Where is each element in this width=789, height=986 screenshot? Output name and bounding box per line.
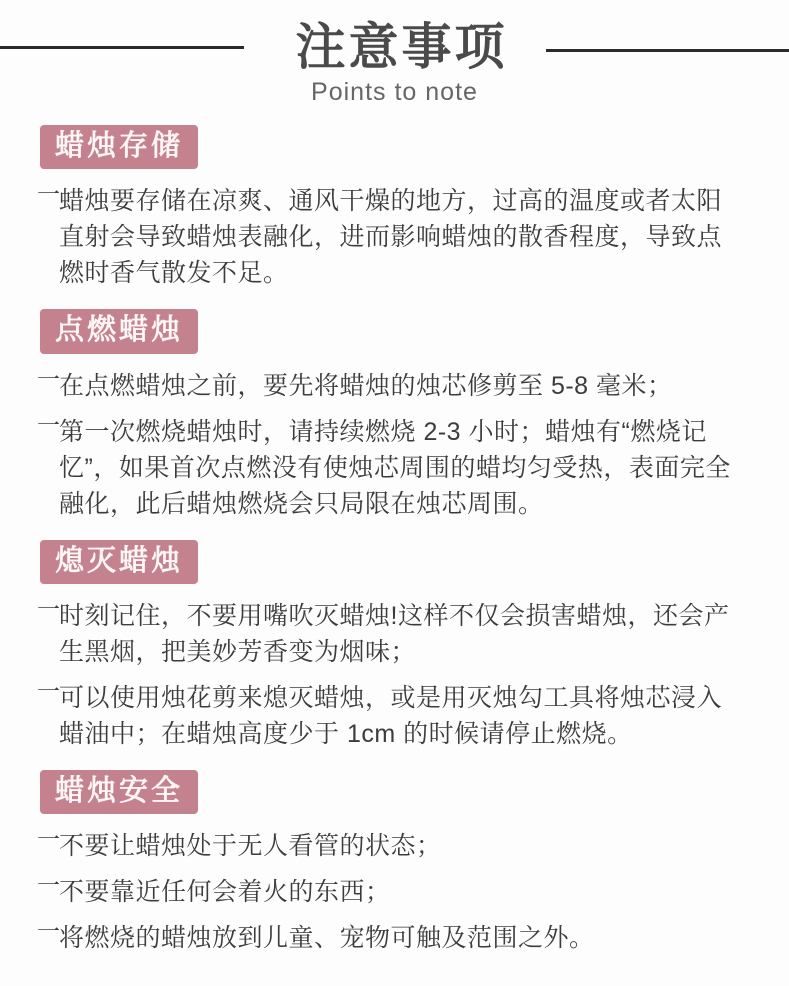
note-text: 在点燃蜡烛之前，要先将蜡烛的烛芯修剪至 5-8 毫米； [59, 372, 673, 400]
dash-bullet-marker: 一 [37, 591, 61, 627]
note-item: 一 不要靠近任何会着火的东西； [40, 874, 747, 910]
note-text: 可以使用烛花剪来熄灭蜡烛，或是用灭烛勾工具将烛芯浸入蜡油中；在蜡烛高度少于 1c… [59, 684, 722, 748]
note-item: 一 时刻记住，不要用嘴吹灭蜡烛!这样不仅会损害蜡烛，还会产生黑烟，把美妙芳香变为… [40, 598, 747, 670]
title-rule-right [546, 49, 789, 52]
dash-bullet-marker: 一 [37, 176, 61, 212]
section-items: 一 时刻记住，不要用嘴吹灭蜡烛!这样不仅会损害蜡烛，还会产生黑烟，把美妙芳香变为… [40, 598, 747, 752]
section-candle-storage: 蜡烛存储 一 蜡烛要存储在凉爽、通风干燥的地方，过高的温度或者太阳直射会导致蜡烛… [40, 125, 747, 291]
section-items: 一 在点燃蜡烛之前，要先将蜡烛的烛芯修剪至 5-8 毫米； 一 第一次燃烧蜡烛时… [40, 368, 747, 522]
section-lighting-candle: 点燃蜡烛 一 在点燃蜡烛之前，要先将蜡烛的烛芯修剪至 5-8 毫米； 一 第一次… [40, 309, 747, 521]
section-badge-candle-storage: 蜡烛存储 [40, 125, 198, 169]
note-text: 时刻记住，不要用嘴吹灭蜡烛!这样不仅会损害蜡烛，还会产生黑烟，把美妙芳香变为烟味… [59, 602, 729, 666]
notice-page: 注意事项 Points to note 蜡烛存储 一 蜡烛要存储在凉爽、通风干燥… [0, 0, 789, 986]
dash-bullet-marker: 一 [37, 407, 61, 443]
note-item: 一 将燃烧的蜡烛放到儿童、宠物可触及范围之外。 [40, 920, 747, 956]
section-items: 一 蜡烛要存储在凉爽、通风干燥的地方，过高的温度或者太阳直射会导致蜡烛表融化，进… [40, 183, 747, 291]
section-items: 一 不要让蜡烛处于无人看管的状态； 一 不要靠近任何会着火的东西； 一 将燃烧的… [40, 828, 747, 956]
section-candle-safety: 蜡烛安全 一 不要让蜡烛处于无人看管的状态； 一 不要靠近任何会着火的东西； 一… [40, 770, 747, 956]
note-text: 不要靠近任何会着火的东西； [59, 878, 391, 906]
dash-bullet-marker: 一 [37, 821, 61, 857]
note-item: 一 可以使用烛花剪来熄灭蜡烛，或是用灭烛勾工具将烛芯浸入蜡油中；在蜡烛高度少于 … [40, 680, 747, 752]
page-title: 注意事项 [296, 20, 508, 75]
section-badge-candle-safety: 蜡烛安全 [40, 770, 198, 814]
note-item: 一 第一次燃烧蜡烛时，请持续燃烧 2-3 小时；蜡烛有“燃烧记忆”，如果首次点燃… [40, 414, 747, 522]
note-text: 不要让蜡烛处于无人看管的状态； [59, 832, 442, 860]
title-row: 注意事项 [0, 20, 789, 75]
page-header: 注意事项 Points to note [0, 0, 789, 107]
section-badge-extinguishing-candle: 熄灭蜡烛 [40, 540, 198, 584]
note-item: 一 在点燃蜡烛之前，要先将蜡烛的烛芯修剪至 5-8 毫米； [40, 368, 747, 404]
dash-bullet-marker: 一 [37, 673, 61, 709]
note-text: 蜡烛要存储在凉爽、通风干燥的地方，过高的温度或者太阳直射会导致蜡烛表融化，进而影… [59, 187, 722, 287]
note-item: 一 蜡烛要存储在凉爽、通风干燥的地方，过高的温度或者太阳直射会导致蜡烛表融化，进… [40, 183, 747, 291]
title-rule-left [0, 46, 244, 49]
note-text: 将燃烧的蜡烛放到儿童、宠物可触及范围之外。 [59, 924, 595, 952]
dash-bullet-marker: 一 [37, 913, 61, 949]
note-item: 一 不要让蜡烛处于无人看管的状态； [40, 828, 747, 864]
dash-bullet-marker: 一 [37, 361, 61, 397]
page-subtitle: Points to note [0, 78, 789, 107]
notice-content: 蜡烛存储 一 蜡烛要存储在凉爽、通风干燥的地方，过高的温度或者太阳直射会导致蜡烛… [0, 125, 789, 956]
section-badge-lighting-candle: 点燃蜡烛 [40, 309, 198, 353]
section-extinguishing-candle: 熄灭蜡烛 一 时刻记住，不要用嘴吹灭蜡烛!这样不仅会损害蜡烛，还会产生黑烟，把美… [40, 540, 747, 752]
note-text: 第一次燃烧蜡烛时，请持续燃烧 2-3 小时；蜡烛有“燃烧记忆”，如果首次点燃没有… [59, 418, 731, 518]
dash-bullet-marker: 一 [37, 867, 61, 903]
